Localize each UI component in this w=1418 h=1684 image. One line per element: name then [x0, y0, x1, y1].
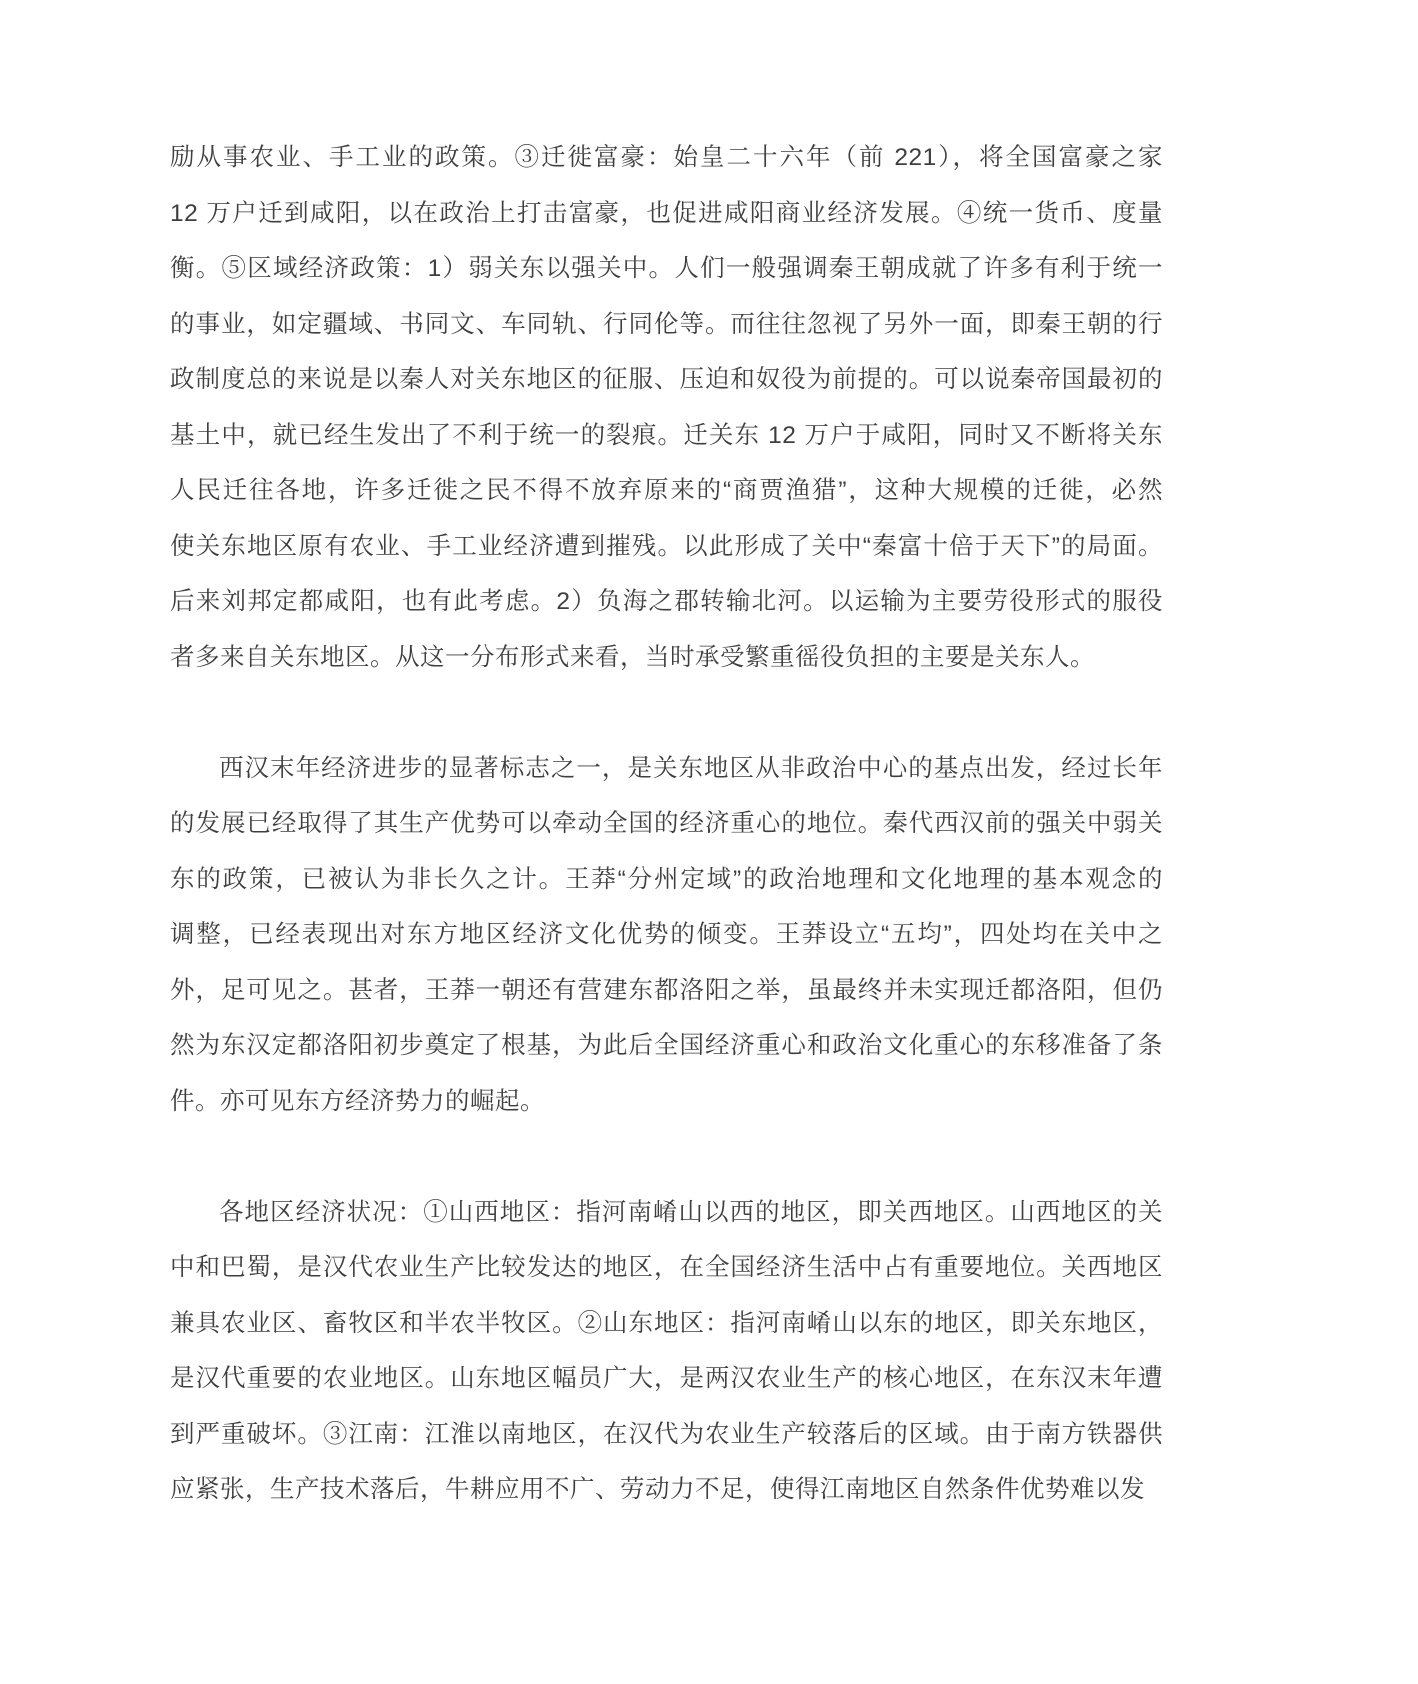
text-line: 基土中，就已经生发出了不利于统一的裂痕。迁关东 12 万户于咸阳，同时又不断将关…	[170, 408, 1163, 464]
text-line: 励从事农业、手工业的政策。③迁徙富豪：始皇二十六年（前 221），将全国富豪之家	[170, 130, 1163, 186]
text-line: 兼具农业区、畜牧区和半农半牧区。②山东地区：指河南崤山以东的地区，即关东地区，	[170, 1296, 1163, 1352]
document-body: 励从事农业、手工业的政策。③迁徙富豪：始皇二十六年（前 221），将全国富豪之家…	[170, 130, 1163, 1518]
paragraph: 励从事农业、手工业的政策。③迁徙富豪：始皇二十六年（前 221），将全国富豪之家…	[170, 130, 1163, 685]
text-line: 中和巴蜀，是汉代农业生产比较发达的地区，在全国经济生活中占有重要地位。关西地区	[170, 1240, 1163, 1296]
text-line: 应紧张，生产技术落后，牛耕应用不广、劳动力不足，使得江南地区自然条件优势难以发	[170, 1462, 1163, 1518]
text-line: 后来刘邦定都咸阳，也有此考虑。2）负海之郡转输北河。以运输为主要劳役形式的服役	[170, 574, 1163, 630]
text-line: 的事业，如定疆域、书同文、车同轨、行同伦等。而往往忽视了另外一面，即秦王朝的行	[170, 297, 1163, 353]
text-line: 的发展已经取得了其生产优势可以牵动全国的经济重心的地位。秦代西汉前的强关中弱关	[170, 796, 1163, 852]
document-page: 励从事农业、手工业的政策。③迁徙富豪：始皇二十六年（前 221），将全国富豪之家…	[170, 130, 1163, 1518]
text-line: 人民迁往各地，许多迁徙之民不得不放弃原来的“商贾渔猎”，这种大规模的迁徙，必然	[170, 463, 1163, 519]
text-line: 件。亦可见东方经济势力的崛起。	[170, 1074, 1163, 1130]
text-line: 者多来自关东地区。从这一分布形式来看，当时承受繁重徭役负担的主要是关东人。	[170, 630, 1163, 686]
text-line: 衡。⑤区域经济政策：1）弱关东以强关中。人们一般强调秦王朝成就了许多有利于统一	[170, 241, 1163, 297]
text-line: 是汉代重要的农业地区。山东地区幅员广大，是两汉农业生产的核心地区，在东汉末年遭	[170, 1351, 1163, 1407]
text-line: 政制度总的来说是以秦人对关东地区的征服、压迫和奴役为前提的。可以说秦帝国最初的	[170, 352, 1163, 408]
text-line: 然为东汉定都洛阳初步奠定了根基，为此后全国经济重心和政治文化重心的东移准备了条	[170, 1018, 1163, 1074]
text-line: 12 万户迁到咸阳，以在政治上打击富豪，也促进咸阳商业经济发展。④统一货币、度量	[170, 186, 1163, 242]
text-line: 外，足可见之。甚者，王莽一朝还有营建东都洛阳之举，虽最终并未实现迁都洛阳，但仍	[170, 963, 1163, 1019]
text-line: 各地区经济状况：①山西地区：指河南崤山以西的地区，即关西地区。山西地区的关	[170, 1185, 1163, 1241]
paragraph: 西汉末年经济进步的显著标志之一，是关东地区从非政治中心的基点出发，经过长年的发展…	[170, 741, 1163, 1130]
text-line: 西汉末年经济进步的显著标志之一，是关东地区从非政治中心的基点出发，经过长年	[170, 741, 1163, 797]
text-line: 使关东地区原有农业、手工业经济遭到摧残。以此形成了关中“秦富十倍于天下”的局面。	[170, 519, 1163, 575]
text-line: 到严重破坏。③江南：江淮以南地区，在汉代为农业生产较落后的区域。由于南方铁器供	[170, 1407, 1163, 1463]
paragraph: 各地区经济状况：①山西地区：指河南崤山以西的地区，即关西地区。山西地区的关中和巴…	[170, 1185, 1163, 1518]
text-line: 东的政策，已被认为非长久之计。王莽“分州定域”的政治地理和文化地理的基本观念的	[170, 852, 1163, 908]
text-line: 调整，已经表现出对东方地区经济文化优势的倾变。王莽设立“五均”，四处均在关中之	[170, 907, 1163, 963]
